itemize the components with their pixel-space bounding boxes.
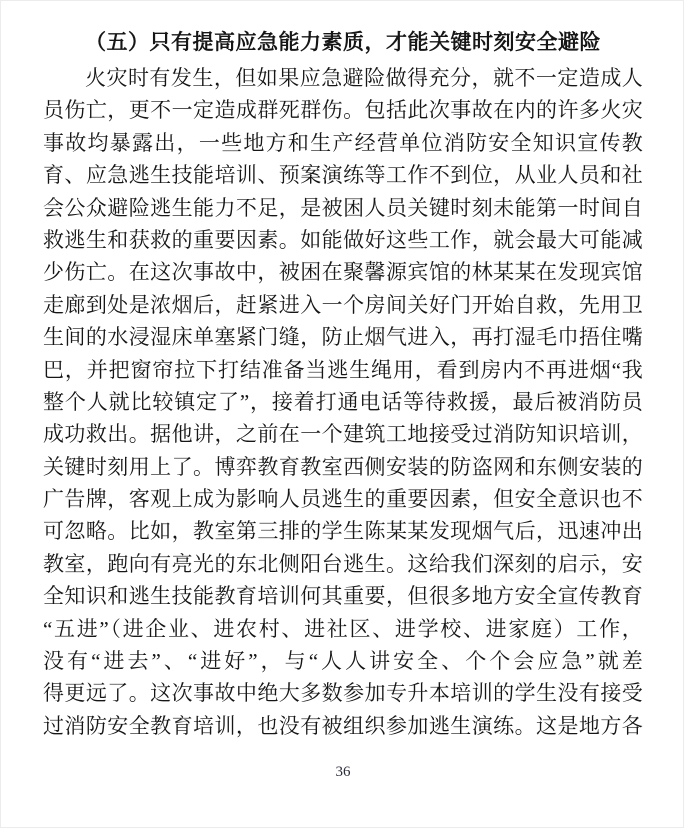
body-paragraph: 火灾时有发生，但如果应急避险做得充分，就不一定造成人 员伤亡，更不一定造成群死群… (43, 62, 643, 742)
paragraph-line: 教室，跑向有亮光的东北侧阳台逃生。这给我们深刻的启示，安 (43, 548, 643, 580)
paragraph-line: 生间的水浸湿床单塞紧门缝，防止烟气进入，再打湿毛巾捂住嘴 (43, 321, 643, 353)
paragraph-line: 广告牌，客观上成为影响人员逃生的重要因素，但安全意识也不 (43, 483, 643, 515)
paragraph-line: “五进”（进企业、进农村、进社区、进学校、进家庭）工作， (43, 613, 643, 645)
paragraph-line: 员伤亡，更不一定造成群死群伤。包括此次事故在内的许多火灾 (43, 94, 643, 126)
paragraph-line: 整个人就比较镇定了”，接着打通电话等待救援，最后被消防员 (43, 386, 643, 418)
paragraph-line: 育、应急逃生技能培训、预案演练等工作不到位，从业人员和社 (43, 159, 643, 191)
paragraph-line: 会公众避险逃生能力不足，是被困人员关键时刻未能第一时间自 (43, 192, 643, 224)
paragraph-line: 火灾时有发生，但如果应急避险做得充分，就不一定造成人 (43, 62, 643, 94)
paragraph-line: 救逃生和获救的重要因素。如能做好这些工作，就会最大可能减 (43, 224, 643, 256)
paragraph-line: 成功救出。据他讲，之前在一个建筑工地接受过消防知识培训， (43, 418, 643, 450)
paragraph-line: 全知识和逃生技能教育培训何其重要，但很多地方安全宣传教育 (43, 580, 643, 612)
paragraph-line: 得更远了。这次事故中绝大多数参加专升本培训的学生没有接受 (43, 677, 643, 709)
document-page: （五）只有提高应急能力素质，才能关键时刻安全避险 火灾时有发生，但如果应急避险做… (1, 1, 684, 828)
page-number: 36 (43, 764, 643, 781)
paragraph-line: 少伤亡。在这次事故中，被困在聚馨源宾馆的林某某在发现宾馆 (43, 256, 643, 288)
paragraph-line: 没有“进去”、“进好”，与“人人讲安全、个个会应急”就差 (43, 645, 643, 677)
document-page-background: { "document": { "heading": "（五）只有提高应急能力素… (0, 0, 684, 828)
paragraph-line: 事故均暴露出，一些地方和生产经营单位消防安全知识宣传教 (43, 127, 643, 159)
paragraph-line: 关键时刻用上了。博弈教育教室西侧安装的防盗网和东侧安装的 (43, 451, 643, 483)
paragraph-line: 过消防安全教育培训，也没有被组织参加逃生演练。这是地方各 (43, 710, 643, 742)
paragraph-line: 巴，并把窗帘拉下打结准备当逃生绳用，看到房内不再进烟“我 (43, 354, 643, 386)
section-heading: （五）只有提高应急能力素质，才能关键时刻安全避险 (43, 25, 643, 59)
paragraph-line: 可忽略。比如，教室第三排的学生陈某某发现烟气后，迅速冲出 (43, 515, 643, 547)
paragraph-line: 走廊到处是浓烟后，赶紧进入一个房间关好门开始自救，先用卫 (43, 289, 643, 321)
